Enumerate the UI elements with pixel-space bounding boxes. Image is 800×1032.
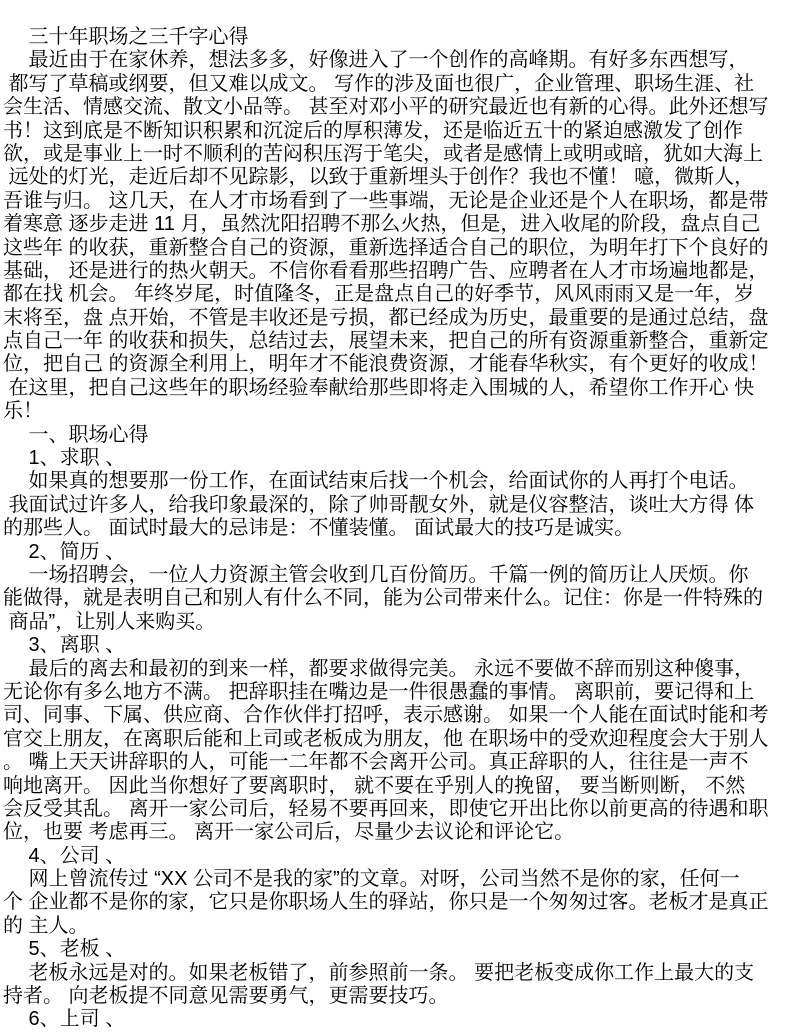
text-line: 位，把自己 的资源全利用上，明年才不能浪费资源，才能春华秋实，有个更好的收成！	[3, 353, 796, 376]
text-line: 司、同事、下属、供应商、合作伙伴打招呼，表示感谢。 如果一个人能在面试时能和考	[3, 704, 796, 727]
text-line: 商品”，让别人来购买。	[3, 611, 796, 634]
text-line: 最后的离去和最初的到来一样，都要求做得完美。 永远不要做不辞而别这种傻事，	[3, 658, 796, 681]
text-line: 的 主人。	[3, 915, 796, 938]
document-body: 三十年职场之三千字心得 最近由于在家休养，想法多多，好像进入了一个创作的高峰期。…	[0, 0, 800, 1032]
text-line: 我面试过许多人，给我印象最深的，除了帅哥靓女外，就是仪容整洁，谈吐大方得 体	[3, 494, 796, 517]
text-line: 欲，或是事业上一时不顺利的苦闷积压泻于笔尖，或者是感情上或明或暗，犹如大海上	[3, 143, 796, 166]
subsection-heading-line: 6、上司 、	[3, 1008, 796, 1031]
text-line: 位，也要 考虑再三。 离开一家公司后，尽量少去议论和评论它。	[3, 821, 796, 844]
text-line: 。 嘴上天天讲辞职的人，可能一二年都不会离开公司。真正辞职的人，往往是一声不	[3, 751, 796, 774]
text-line: 书！这到底是不断知识积累和沉淀后的厚积薄发，还是临近五十的紧迫感激发了创作	[3, 120, 796, 143]
section-heading-line: 一、职场心得	[3, 424, 796, 447]
text-line: 都写了草稿或纲要，但又难以成文。 写作的涉及面也很广，企业管理、职场生涯、社	[3, 73, 796, 96]
subsection-heading-line: 4、公司 、	[3, 845, 796, 868]
text-line: 持者。 向老板提不同意见需要勇气，更需要技巧。	[3, 985, 796, 1008]
subsection-heading-line: 2、简历 、	[3, 541, 796, 564]
text-line: 会反受其乱。 离开一家公司后，轻易不要再回来，即使它开出比你以前更高的待遇和职	[3, 798, 796, 821]
subsection-heading-line: 3、离职 、	[3, 634, 796, 657]
text-line: 着寒意 逐步走进 11 月，虽然沈阳招聘不那么火热，但是，进入收尾的阶段，盘点自…	[3, 213, 796, 236]
text-line: 会生活、情感交流、散文小品等。 甚至对邓小平的研究最近也有新的心得。此外还想写	[3, 96, 796, 119]
text-line: 末将至，盘 点开始，不管是丰收还是亏损，都已经成为历史，最重要的是通过总结，盘	[3, 307, 796, 330]
text-line: 的那些人。 面试时最大的忌讳是：不懂装懂。 面试最大的技巧是诚实。	[3, 517, 796, 540]
text-line: 吾谁与归。 这几天，在人才市场看到了一些事端，无论是企业还是个人在职场，都是带	[3, 190, 796, 213]
text-line: 在这里，把自己这些年的职场经验奉献给那些即将走入围城的人，希望你工作开心 快	[3, 377, 796, 400]
text-line: 都在找 机会。 年终岁尾，时值隆冬，正是盘点自己的好季节，风风雨雨又是一年，岁	[3, 283, 796, 306]
text-line: 如果真的想要那一份工作，在面试结束后找一个机会，给面试你的人再打个电话。	[3, 470, 796, 493]
text-line: 网上曾流传过 “XX 公司不是我的家”的文章。对呀，公司当然不是你的家，任何一	[3, 868, 796, 891]
text-line: 基础， 还是进行的热火朝天。不信你看看那些招聘广告、应聘者在人才市场遍地都是，	[3, 260, 796, 283]
subsection-heading-line: 5、老板 、	[3, 938, 796, 961]
text-line: 点自己一年 的收获和损失，总结过去，展望未来，把自己的所有资源重新整合，重新定	[3, 330, 796, 353]
text-line: 老板永远是对的。如果老板错了，前参照前一条。 要把老板变成你工作上最大的支	[3, 962, 796, 985]
text-line: 无论你有多么地方不满。 把辞职挂在嘴边是一件很愚蠢的事情。 离职前，要记得和上	[3, 681, 796, 704]
text-line: 乐！	[3, 400, 796, 423]
text-line: 远处的灯光，走近后却不见踪影，以致于重新埋头于创作？我也不懂！ 噫，微斯人，	[3, 166, 796, 189]
subsection-heading-line: 1、求职 、	[3, 447, 796, 470]
text-line: 一场招聘会，一位人力资源主管会收到几百份简历。千篇一例的简历让人厌烦。你	[3, 564, 796, 587]
document-title-line: 三十年职场之三千字心得	[3, 26, 796, 49]
text-line: 响地离开。 因此当你想好了要离职时， 就不要在乎别人的挽留， 要当断则断， 不然	[3, 775, 796, 798]
text-line: 最近由于在家休养，想法多多，好像进入了一个创作的高峰期。有好多东西想写，	[3, 49, 796, 72]
text-line: 个 企业都不是你的家，它只是你职场人生的驿站，你只是一个匆匆过客。老板才是真正	[3, 891, 796, 914]
text-line: 这些年 的收获，重新整合自己的资源，重新选择适合自己的职位，为明年打下个良好的	[3, 237, 796, 260]
text-line: 官交上朋友，在离职后能和上司或老板成为朋友，他 在职场中的受欢迎程度会大于别人	[3, 728, 796, 751]
text-line: 能做得，就是表明自己和别人有什么不同，能为公司带来什么。记住：你是一件特殊的	[3, 587, 796, 610]
